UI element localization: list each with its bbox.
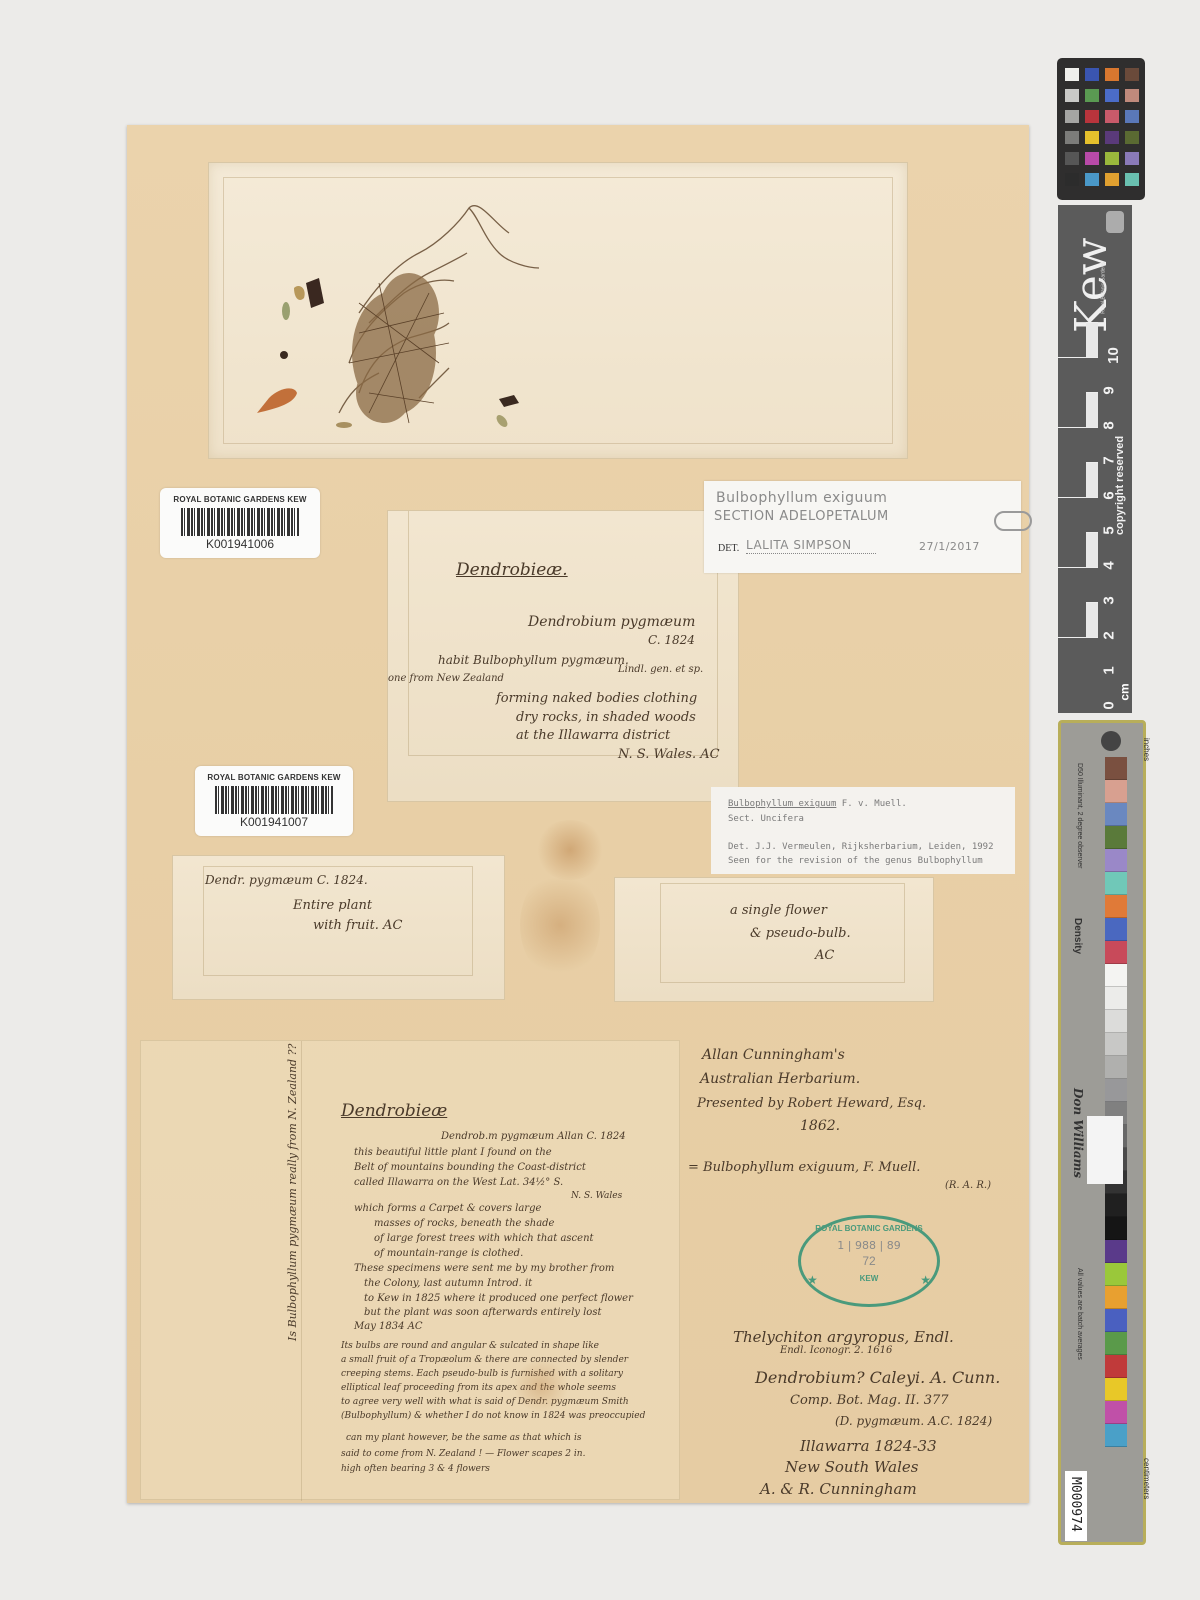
original-label-line: Endl. Iconogr. 2. 1616 [780,1345,892,1356]
original-label-line: New South Wales [785,1458,918,1476]
qp-patch [1105,1056,1127,1079]
ruler-tick-label: 8 [1101,421,1118,429]
determination-slip-2017: Bulbophyllum exiguum SECTION ADELOPETALU… [704,481,1021,573]
note-line: to Kew in 1825 where it produced one per… [364,1293,633,1304]
copyright-text: copyright reserved [1114,436,1126,535]
qp-patch [1105,1010,1127,1033]
herbarium-note-line: 1862. [800,1118,840,1134]
note-line: These specimens were sent me by my broth… [354,1263,614,1274]
envelope-line: Entire plant [293,898,372,913]
royal-crest-icon [1106,211,1124,233]
target-dot-icon [1101,731,1121,751]
qp-patch [1105,987,1127,1010]
colour-patch [1125,131,1139,144]
qp-patch [1105,941,1127,964]
original-label-line: Dendrobium? Caleyi. A. Cunn. [755,1368,1000,1387]
colour-patch [1105,131,1119,144]
qp-batch-note: All values are batch averages [1076,1268,1083,1360]
det-taxon: Bulbophyllum exiguum [716,490,887,506]
note-line: (Bulbophyllum) & whether I do not know i… [341,1411,645,1421]
note-line: elliptical leaf proceeding from its apex… [341,1383,616,1393]
envelope-line: with fruit. AC [313,918,402,933]
colour-patch [1105,110,1119,123]
note-line: a small fruit of a Tropæolum & there are… [341,1355,628,1365]
kew-scale-bar: Kew Royal Botanic Gardens 012345678910 c… [1058,205,1132,713]
note-line: high often bearing 3 & 4 flowers [341,1464,490,1474]
colour-checker [1057,58,1145,200]
note-line: masses of rocks, beneath the shade [374,1218,554,1229]
stamp-bottom: KEW [801,1274,937,1283]
note-line: the Colony, last autumn Introd. it [364,1278,532,1289]
qp-patch [1105,803,1127,826]
qp-colour-card: D50 Illuminant, 2 degree observer Densit… [1058,720,1146,1545]
original-label-line: Illawarra 1824-33 [800,1437,937,1455]
colour-patch [1105,152,1119,165]
label-line: habit Bulbophyllum pygmæum. [438,653,629,667]
ruler-tick-label: 2 [1101,631,1118,639]
label-line: Lindl. gen. et sp. [618,664,703,675]
colour-patch [1085,89,1099,102]
colour-patch [1125,89,1139,102]
note-line: which forms a Carpet & covers large [354,1203,541,1214]
qp-patch [1105,1401,1127,1424]
note-line: to agree very well with what is said of … [341,1397,629,1407]
qp-patch [1105,1240,1127,1263]
qp-patch [1105,964,1127,987]
colour-patch [1065,89,1079,102]
ruler-tick-label: 9 [1101,386,1118,394]
label-name: Dendrobium pygmæum [528,614,695,630]
note-line: called Illawarra on the West Lat. 34½° S… [354,1177,563,1188]
colour-patch [1125,68,1139,81]
colour-patch [1065,152,1079,165]
qp-patch [1105,757,1127,780]
kew-accession-stamp: ROYAL BOTANIC GARDENS 1 | 988 | 89 72 KE… [798,1215,940,1307]
colour-patch [1105,68,1119,81]
det-determiner: LALITA SIMPSON [746,538,852,552]
note-line: but the plant was soon afterwards entire… [364,1307,601,1318]
colour-patch [1065,68,1079,81]
qp-patch [1105,1194,1127,1217]
stamp-number: 72 [801,1254,937,1268]
label-line: one from New Zealand [388,673,504,684]
envelope-line: AC [815,948,834,963]
qp-patch [1105,895,1127,918]
barcode-number: K001941006 [160,537,320,551]
barcode-icon [181,508,299,536]
label-line: N. S. Wales. AC [618,747,720,762]
note-line: creeping stems. Each pseudo-bulb is furn… [341,1369,623,1379]
colour-patch [1125,110,1139,123]
qp-patch [1105,1309,1127,1332]
envelope-right: a single flower & pseudo-bulb. AC [614,877,934,1002]
stamp-accession: 1 | 988 | 89 [801,1239,937,1252]
label-envelope-top: Dendrobieæ. Dendrobium pygmæum C. 1824 h… [387,510,739,802]
original-label-line: Comp. Bot. Mag. II. 377 [790,1393,949,1408]
kew-subtitle: Royal Botanic Gardens [1101,262,1107,313]
qp-patch [1105,1217,1127,1240]
star-icon: ★ [807,1273,818,1287]
colour-patch [1125,152,1139,165]
qp-patch [1105,780,1127,803]
herbarium-note-line: Australian Herbarium. [700,1071,860,1087]
label-author-year: C. 1824 [648,633,695,647]
paperclip-icon [994,511,1032,531]
ruler-tick-label: 1 [1101,666,1118,674]
centimetre-ruler: 012345678910 [1058,351,1098,707]
barcode-institution: ROYAL BOTANIC GARDENS KEW [195,773,353,782]
unit-label: cm [1118,683,1132,700]
qp-patch [1105,826,1127,849]
barcode-label-2: ROYAL BOTANIC GARDENS KEW K001941007 [195,766,353,836]
ruler-tick-label: 4 [1101,561,1118,569]
colour-patch [1065,173,1079,186]
det-taxon: Bulbophyllum exiguum [728,799,836,809]
qp-id-label: M000974 [1065,1471,1087,1541]
original-label-line: (D. pygmæum. A.C. 1824) [835,1414,992,1428]
envelope-line: Dendr. pygmæum C. 1824. [205,873,368,887]
det-date: 27/1/2017 [919,540,980,553]
det-prefix: DET. [718,543,739,554]
colour-patch [1065,131,1079,144]
colour-checker-grid [1065,68,1137,186]
determination-slip-1992: Bulbophyllum exiguum F. v. Muell. Sect. … [711,787,1015,874]
envelope-line: & pseudo-bulb. [750,926,851,941]
colour-patch [1085,131,1099,144]
label-line: forming naked bodies clothing [496,691,697,706]
qp-patch [1105,1378,1127,1401]
det-determiner: Det. J.J. Vermeulen, Rijksherbarium, Lei… [728,842,994,852]
note-line: of mountain-range is clothed. [374,1248,523,1259]
qp-patch [1105,1033,1127,1056]
qp-patch [1105,918,1127,941]
det-section: SECTION ADELOPETALUM [714,509,889,524]
herbarium-note-line: Presented by Robert Heward, Esq. [697,1096,926,1111]
qp-patch [1105,1286,1127,1309]
qp-density-label: Density [1072,918,1083,954]
herbarium-note-line: Allan Cunningham's [702,1047,845,1063]
qp-note: D50 Illuminant, 2 degree observer [1076,763,1083,868]
colour-patch [1105,89,1119,102]
qp-patch [1105,1355,1127,1378]
det-author: F. v. Muell. [836,799,906,809]
qp-patch [1105,849,1127,872]
qp-maker: Don Williams [1071,1088,1085,1178]
qp-patch [1105,872,1127,895]
note-line: said to come from N. Zealand ! — Flower … [341,1449,585,1459]
note-side: Is Bulbophyllum pygmæum really from N. Z… [286,1044,299,1341]
colour-patch [1065,110,1079,123]
barcode-icon [215,786,333,814]
det-note: Seen for the revision of the genus Bulbo… [728,856,983,866]
specimen-packet [208,162,908,459]
herbarium-note-line: (R. A. R.) [945,1180,991,1191]
qp-patch [1105,1332,1127,1355]
note-line: N. S. Wales [571,1191,622,1201]
note-heading: Dendrobieæ [341,1101,447,1121]
barcode-institution: ROYAL BOTANIC GARDENS KEW [160,495,320,504]
qp-gauge-icon [1087,1116,1123,1184]
barcode-number: K001941007 [195,815,353,829]
note-line: May 1834 AC [354,1321,423,1332]
note-line: Belt of mountains bounding the Coast-dis… [354,1162,586,1173]
ruler-tick-label: 10 [1105,347,1122,364]
ruler-tick-label: 3 [1101,596,1118,604]
original-label-line: A. & R. Cunningham [760,1480,917,1498]
star-icon: ★ [920,1273,931,1287]
colour-patch [1085,110,1099,123]
cunningham-note-page: Dendrobieæ Dendrob.m pygmæum Allan C. 18… [140,1040,680,1500]
envelope-line: a single flower [730,903,827,918]
stamp-top: ROYAL BOTANIC GARDENS [801,1224,937,1233]
original-label-line: Thelychiton argyropus, Endl. [733,1328,954,1346]
colour-patch [1085,68,1099,81]
note-line: Its bulbs are round and angular & sulcat… [341,1341,599,1351]
note-line: Dendrob.m pygmæum Allan C. 1824 [441,1131,626,1142]
label-heading: Dendrobieæ. [456,560,568,580]
qp-patch [1105,1424,1127,1447]
note-line: this beautiful little plant I found on t… [354,1147,552,1158]
ruler-tick-label: 0 [1101,701,1118,709]
barcode-label-1: ROYAL BOTANIC GARDENS KEW K001941006 [160,488,320,558]
det-section: Sect. Uncifera [728,814,804,824]
label-line: dry rocks, in shaded woods [516,710,696,725]
qp-patch [1105,1263,1127,1286]
note-line: of large forest trees with which that as… [374,1233,594,1244]
dried-specimen-icon [209,163,909,460]
envelope-left: Dendr. pygmæum C. 1824. Entire plant wit… [172,855,505,1000]
colour-patch [1085,152,1099,165]
label-line: at the Illawarra district [516,728,670,743]
colour-patch [1105,173,1119,186]
herbarium-note-line: = Bulbophyllum exiguum, F. Muell. [688,1160,920,1175]
qp-units-cm: centimeters [1142,1458,1151,1499]
qp-patch [1105,1079,1127,1102]
qp-patch-strip [1105,757,1127,1447]
qp-units-inches: inches [1142,738,1151,761]
note-line: can my plant however, be the same as tha… [346,1433,581,1443]
colour-patch [1125,173,1139,186]
colour-patch [1085,173,1099,186]
